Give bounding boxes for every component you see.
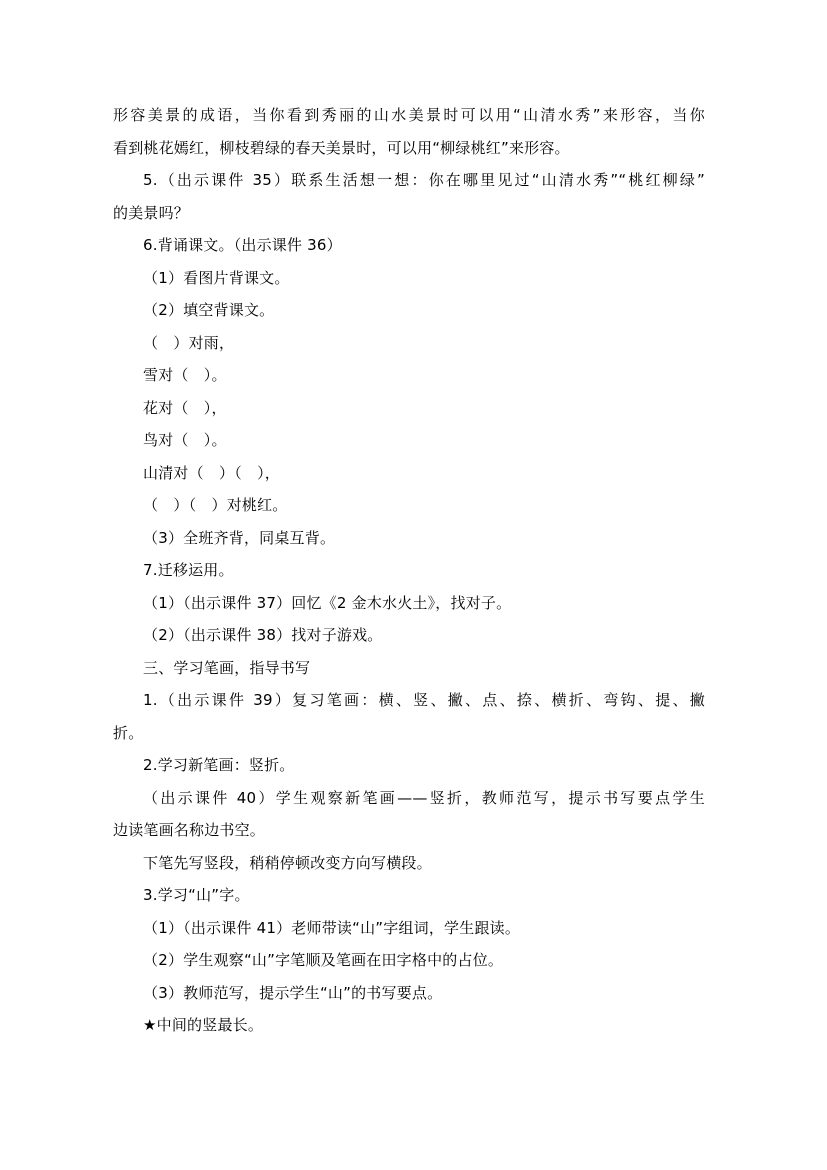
step-1-line: 1.（出示课件 39）复习笔画：横、竖、撇、点、捺、横折、弯钩、提、撇: [113, 684, 705, 717]
sub-step-line: （2）学生观察“山”字笔顺及笔画在田字格中的占位。: [113, 944, 705, 977]
step-2-heading: 2.学习新笔画：竖折。: [113, 749, 705, 782]
paragraph-line: 看到桃花嫣红，柳枝碧绿的春天美景时，可以用“柳绿桃红”来形容。: [113, 132, 705, 165]
sub-step-line: （3）教师范写，提示学生“山”的书写要点。: [113, 977, 705, 1010]
step-6-heading: 6.背诵课文。（出示课件 36）: [113, 229, 705, 262]
paragraph-line: （出示课件 40）学生观察新笔画——竖折，教师范写，提示书写要点学生: [113, 782, 705, 815]
fill-blank-line: 花对（ ），: [113, 392, 705, 425]
step-5-line: 5.（出示课件 35）联系生活想一想：你在哪里见过“山清水秀”“桃红柳绿”: [113, 164, 705, 197]
fill-blank-line: （ ）（ ）对桃红。: [113, 489, 705, 522]
section-heading: 三、学习笔画，指导书写: [113, 652, 705, 685]
paragraph-line: 下笔先写竖段，稍稍停顿改变方向写横段。: [113, 847, 705, 880]
sub-step-line: （2）（出示课件 38）找对子游戏。: [113, 619, 705, 652]
sub-step-line: （1）看图片背课文。: [113, 262, 705, 295]
fill-blank-line: （ ）对雨，: [113, 327, 705, 360]
sub-step-line: （3）全班齐背，同桌互背。: [113, 522, 705, 555]
sub-step-line: （1）（出示课件 41）老师带读“山”字组词，学生跟读。: [113, 912, 705, 945]
sub-step-line: （1）（出示课件 37）回忆《2 金木水火土》，找对子。: [113, 587, 705, 620]
fill-blank-line: 山清对（ ）（ ），: [113, 457, 705, 490]
paragraph-line: 形容美景的成语，当你看到秀丽的山水美景时可以用“山清水秀”来形容，当你: [113, 99, 705, 132]
paragraph-line: 折。: [113, 717, 705, 750]
fill-blank-line: 鸟对（ ）。: [113, 424, 705, 457]
paragraph-line: 的美景吗？: [113, 197, 705, 230]
sub-step-line: （2）填空背课文。: [113, 294, 705, 327]
paragraph-line: 边读笔画名称边书空。: [113, 814, 705, 847]
star-note-line: ★中间的竖最长。: [113, 1009, 705, 1042]
document-page: 形容美景的成语，当你看到秀丽的山水美景时可以用“山清水秀”来形容，当你 看到桃花…: [113, 99, 705, 1042]
step-3-heading: 3.学习“山”字。: [113, 879, 705, 912]
step-7-heading: 7.迁移运用。: [113, 554, 705, 587]
fill-blank-line: 雪对（ ）。: [113, 359, 705, 392]
